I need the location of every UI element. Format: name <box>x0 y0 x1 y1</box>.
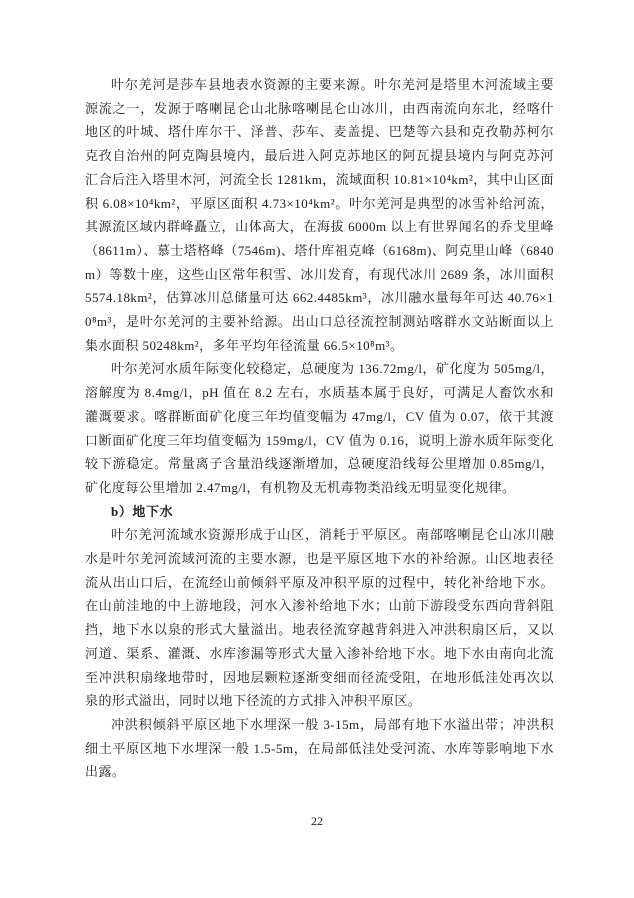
page-content: 叶尔羌河是莎车县地表水资源的主要来源。叶尔羌河是塔里木河流域主要源流之一，发源于… <box>85 73 554 784</box>
subsection-heading-groundwater: b）地下水 <box>85 500 554 524</box>
paragraph-water-quality: 叶尔羌河水质年际变化较稳定，总硬度为 136.72mg/l，矿化度为 505mg… <box>85 357 554 499</box>
paragraph-river-overview: 叶尔羌河是莎车县地表水资源的主要来源。叶尔羌河是塔里木河流域主要源流之一，发源于… <box>85 73 554 357</box>
document-page: 叶尔羌河是莎车县地表水资源的主要来源。叶尔羌河是塔里木河流域主要源流之一，发源于… <box>0 0 634 898</box>
paragraph-groundwater-depth: 冲洪积倾斜平原区地下水埋深一般 3-15m，局部有地下水溢出带；冲洪积细土平原区… <box>85 713 554 784</box>
page-number: 22 <box>0 814 634 829</box>
paragraph-groundwater-formation: 叶尔羌河流域水资源形成于山区，消耗于平原区。南部喀喇昆仑山冰川融水是叶尔羌河流域… <box>85 523 554 713</box>
